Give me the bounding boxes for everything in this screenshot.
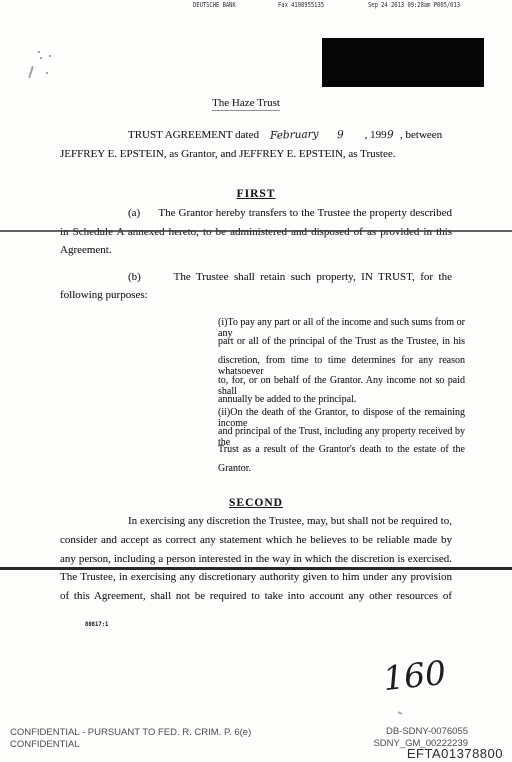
- para-second-line: consider and accept as correct any state…: [60, 534, 452, 546]
- confidential-stamp-line2: CONFIDENTIAL: [10, 739, 80, 750]
- opening-typed: TRUST AGREEMENT dated: [128, 129, 259, 141]
- para-a-line: Agreement.: [60, 244, 112, 256]
- sub-ii-line: Trust as a result of the Grantor's death…: [218, 444, 465, 455]
- para-a-line: (a) The Grantor hereby transfers to the …: [128, 207, 452, 219]
- para-second-line: of this Agreement, shall not be required…: [60, 590, 452, 602]
- para-b-line: following purposes:: [60, 289, 148, 301]
- sub-i-line: annually be added to the principal.: [218, 394, 356, 405]
- para-second-line: any person, including a person intereste…: [60, 553, 452, 565]
- bates-efta: EFTA01378800: [407, 746, 503, 761]
- pen-tick: [398, 711, 402, 715]
- para-a-line: in Schedule A annexed hereto, to be admi…: [60, 226, 452, 238]
- handwritten-month: February: [270, 128, 319, 142]
- fax-number: Fax 4108955135: [278, 1, 324, 9]
- heading-second: SECOND: [0, 497, 512, 509]
- handwritten-year-digit: 9: [386, 129, 393, 141]
- scan-artifact-line: [0, 230, 512, 232]
- bates-db-sdny: DB-SDNY-0076055: [386, 726, 468, 737]
- para-second-line: The Trustee, in exercising any discretio…: [60, 571, 452, 583]
- sub-i-line: discretion, from time to time determines…: [218, 355, 465, 377]
- opening-clause: TRUST AGREEMENT dated February 9 , 1999 …: [128, 129, 442, 141]
- redaction-box: [322, 38, 484, 87]
- heading-first: FIRST: [0, 188, 512, 200]
- fax-timestamp: Sep 24 2013 09:28am P005/013: [368, 1, 460, 9]
- document-control-number: 80817:1: [85, 620, 108, 628]
- parties-line: JEFFREY E. EPSTEIN, as Grantor, and JEFF…: [60, 148, 395, 160]
- opening-typed-between: , between: [400, 129, 442, 141]
- para-b-line: (b) The Trustee shall retain such proper…: [128, 271, 452, 283]
- scan-artifact-line-thick: [0, 567, 512, 570]
- document-title: The Haze Trust: [0, 97, 492, 109]
- handwritten-day: 9: [337, 129, 344, 141]
- para-second-line: In exercising any discretion the Trustee…: [128, 515, 452, 527]
- confidential-stamp-line1: CONFIDENTIAL - PURSUANT TO FED. R. CRIM.…: [10, 727, 251, 738]
- opening-typed-year-prefix: , 199: [365, 129, 387, 141]
- fax-sender: DEUTSCHE BANK: [193, 1, 236, 9]
- sub-ii-line: Grantor.: [218, 463, 251, 474]
- sub-i-line: part or all of the principal of the Trus…: [218, 336, 465, 347]
- handwritten-page-number: 160: [381, 653, 448, 698]
- scanned-fax-page: DEUTSCHE BANK Fax 4108955135 Sep 24 2013…: [0, 0, 512, 762]
